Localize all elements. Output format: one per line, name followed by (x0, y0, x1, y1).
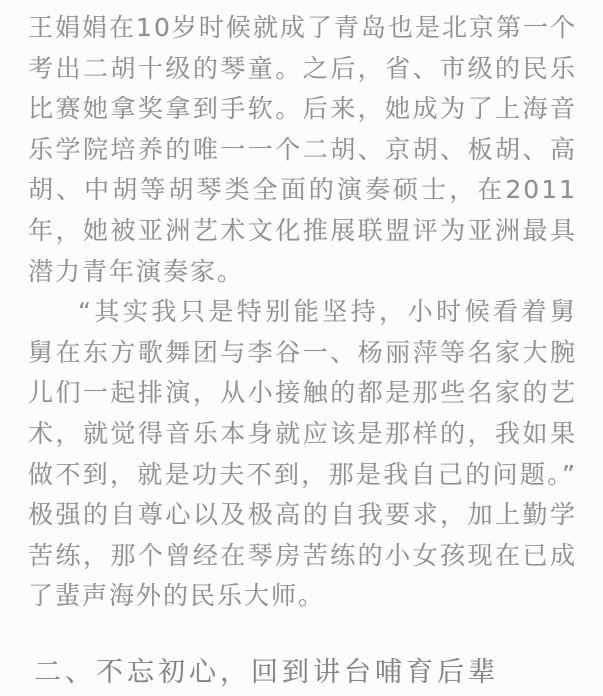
paragraph-quote: “其实我只是特别能坚持，小时候看着舅舅在东方歌舞团与李谷一、杨丽萍等名家大腕儿们… (28, 292, 577, 617)
section-heading: 二、不忘初心，回到讲台哺育后辈 (34, 655, 577, 691)
paragraph-biography: 王娟娟在10岁时候就成了青岛也是北京第一个考出二胡十级的琴童。之后，省、市级的民… (28, 8, 577, 292)
document-page: 王娟娟在10岁时候就成了青岛也是北京第一个考出二胡十级的琴童。之后，省、市级的民… (0, 0, 603, 696)
